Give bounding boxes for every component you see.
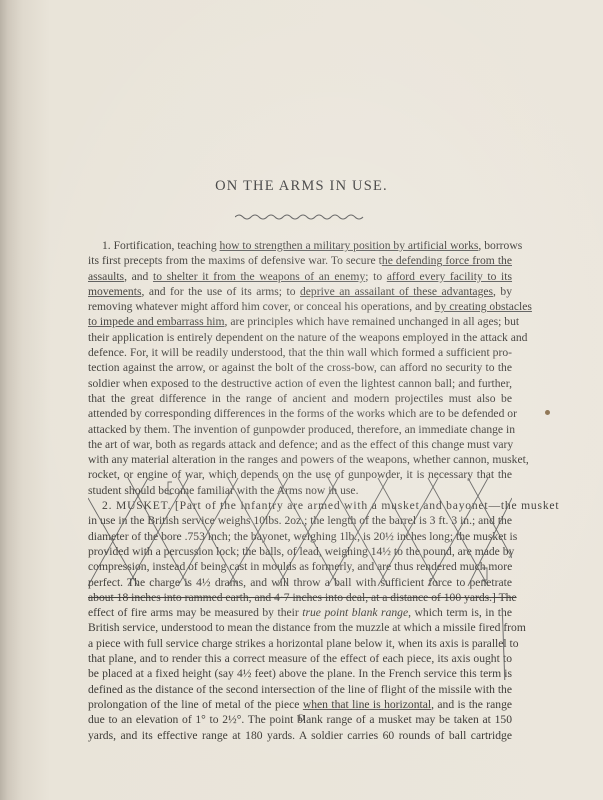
text-line: compression, instead of being cast in mo… bbox=[88, 559, 512, 574]
text-line: movements, and for the use of its arms; … bbox=[88, 284, 512, 299]
underlined-phrase: afford every facility to its bbox=[387, 270, 512, 283]
text-line: attacked by them. The invention of gunpo… bbox=[88, 422, 512, 437]
underlined-phrase: to shelter it from the weapons of an ene… bbox=[153, 270, 365, 283]
text-line: assaults, and to shelter it from the wea… bbox=[88, 269, 512, 284]
text-line: a piece with full service charge strikes… bbox=[88, 636, 512, 651]
underlined-phrase: how to strengthen a military position by… bbox=[220, 239, 479, 252]
text-line: provided with a percussion lock; the bal… bbox=[88, 544, 512, 559]
text-line: yards, and its effective range at 180 ya… bbox=[88, 728, 512, 743]
text-line: in use in the British service weighs 10l… bbox=[88, 513, 512, 528]
text-line: attended by corresponding differences in… bbox=[88, 406, 512, 421]
text-line: that plane, and to render this a correct… bbox=[88, 651, 512, 666]
text-line: rocket, or engine of war, which depends … bbox=[88, 467, 512, 482]
body-text: 1. Fortification, teaching how to streng… bbox=[88, 238, 512, 743]
underlined-phrase: when that line is horizontal bbox=[303, 698, 431, 711]
scanned-book-page: ON THE ARMS IN USE. 1. Fortification, te… bbox=[0, 0, 603, 800]
section-heading-line: 2. MUSKET. [Part of the infantry are arm… bbox=[88, 498, 512, 513]
struck-text-line: about 18 inches into rammed earth, and 4… bbox=[88, 590, 512, 605]
chapter-title: ON THE ARMS IN USE. bbox=[0, 178, 603, 195]
text-line: 1. Fortification, teaching how to streng… bbox=[88, 238, 512, 253]
text-line: to impede and embarrass him, are princip… bbox=[88, 314, 512, 329]
text-line: defined as the distance of the second in… bbox=[88, 682, 512, 697]
text-line: the art of war, both as regards attack a… bbox=[88, 437, 512, 452]
decorative-wavy-rule bbox=[235, 213, 365, 221]
text-line: with any material alteration in the rang… bbox=[88, 452, 512, 467]
text-line: student should become familiar with the … bbox=[88, 483, 512, 498]
text-line: diameter of the bore .753 inch; the bayo… bbox=[88, 529, 512, 544]
text-line: effect of fire arms may be measured by t… bbox=[88, 605, 512, 620]
underlined-phrase: by creating obstacles bbox=[435, 300, 532, 313]
italic-term: true point blank range bbox=[302, 606, 408, 619]
text-line: be placed at a fixed height (say 4½ feet… bbox=[88, 666, 512, 681]
paper-foxing-spot bbox=[545, 410, 550, 415]
text-line: prolongation of the line of metal of the… bbox=[88, 697, 512, 712]
signature-mark: D bbox=[0, 713, 603, 723]
text-line: British service, understood to mean the … bbox=[88, 620, 512, 635]
text-line: soldier when exposed to the destructive … bbox=[88, 376, 512, 391]
text-line: its first precepts from the maxims of de… bbox=[88, 253, 512, 268]
text-line: defence. For, it will be readily underst… bbox=[88, 345, 512, 360]
text-line: perfect. The charge is 4½ drams, and wil… bbox=[88, 575, 512, 590]
underlined-phrase: to impede and embarrass him bbox=[88, 315, 225, 328]
underlined-phrase: he defending force from the bbox=[382, 254, 512, 267]
text-line: their application is entirely dependent … bbox=[88, 330, 512, 345]
underlined-phrase: deprive an assailant of these advantages bbox=[300, 285, 493, 298]
text-line: that the great difference in the range o… bbox=[88, 391, 512, 406]
text-line: tection against the arrow, or against th… bbox=[88, 360, 512, 375]
text-line: removing whatever might afford him cover… bbox=[88, 299, 512, 314]
underlined-phrase: assaults bbox=[88, 270, 124, 283]
underlined-phrase: movements bbox=[88, 285, 141, 298]
